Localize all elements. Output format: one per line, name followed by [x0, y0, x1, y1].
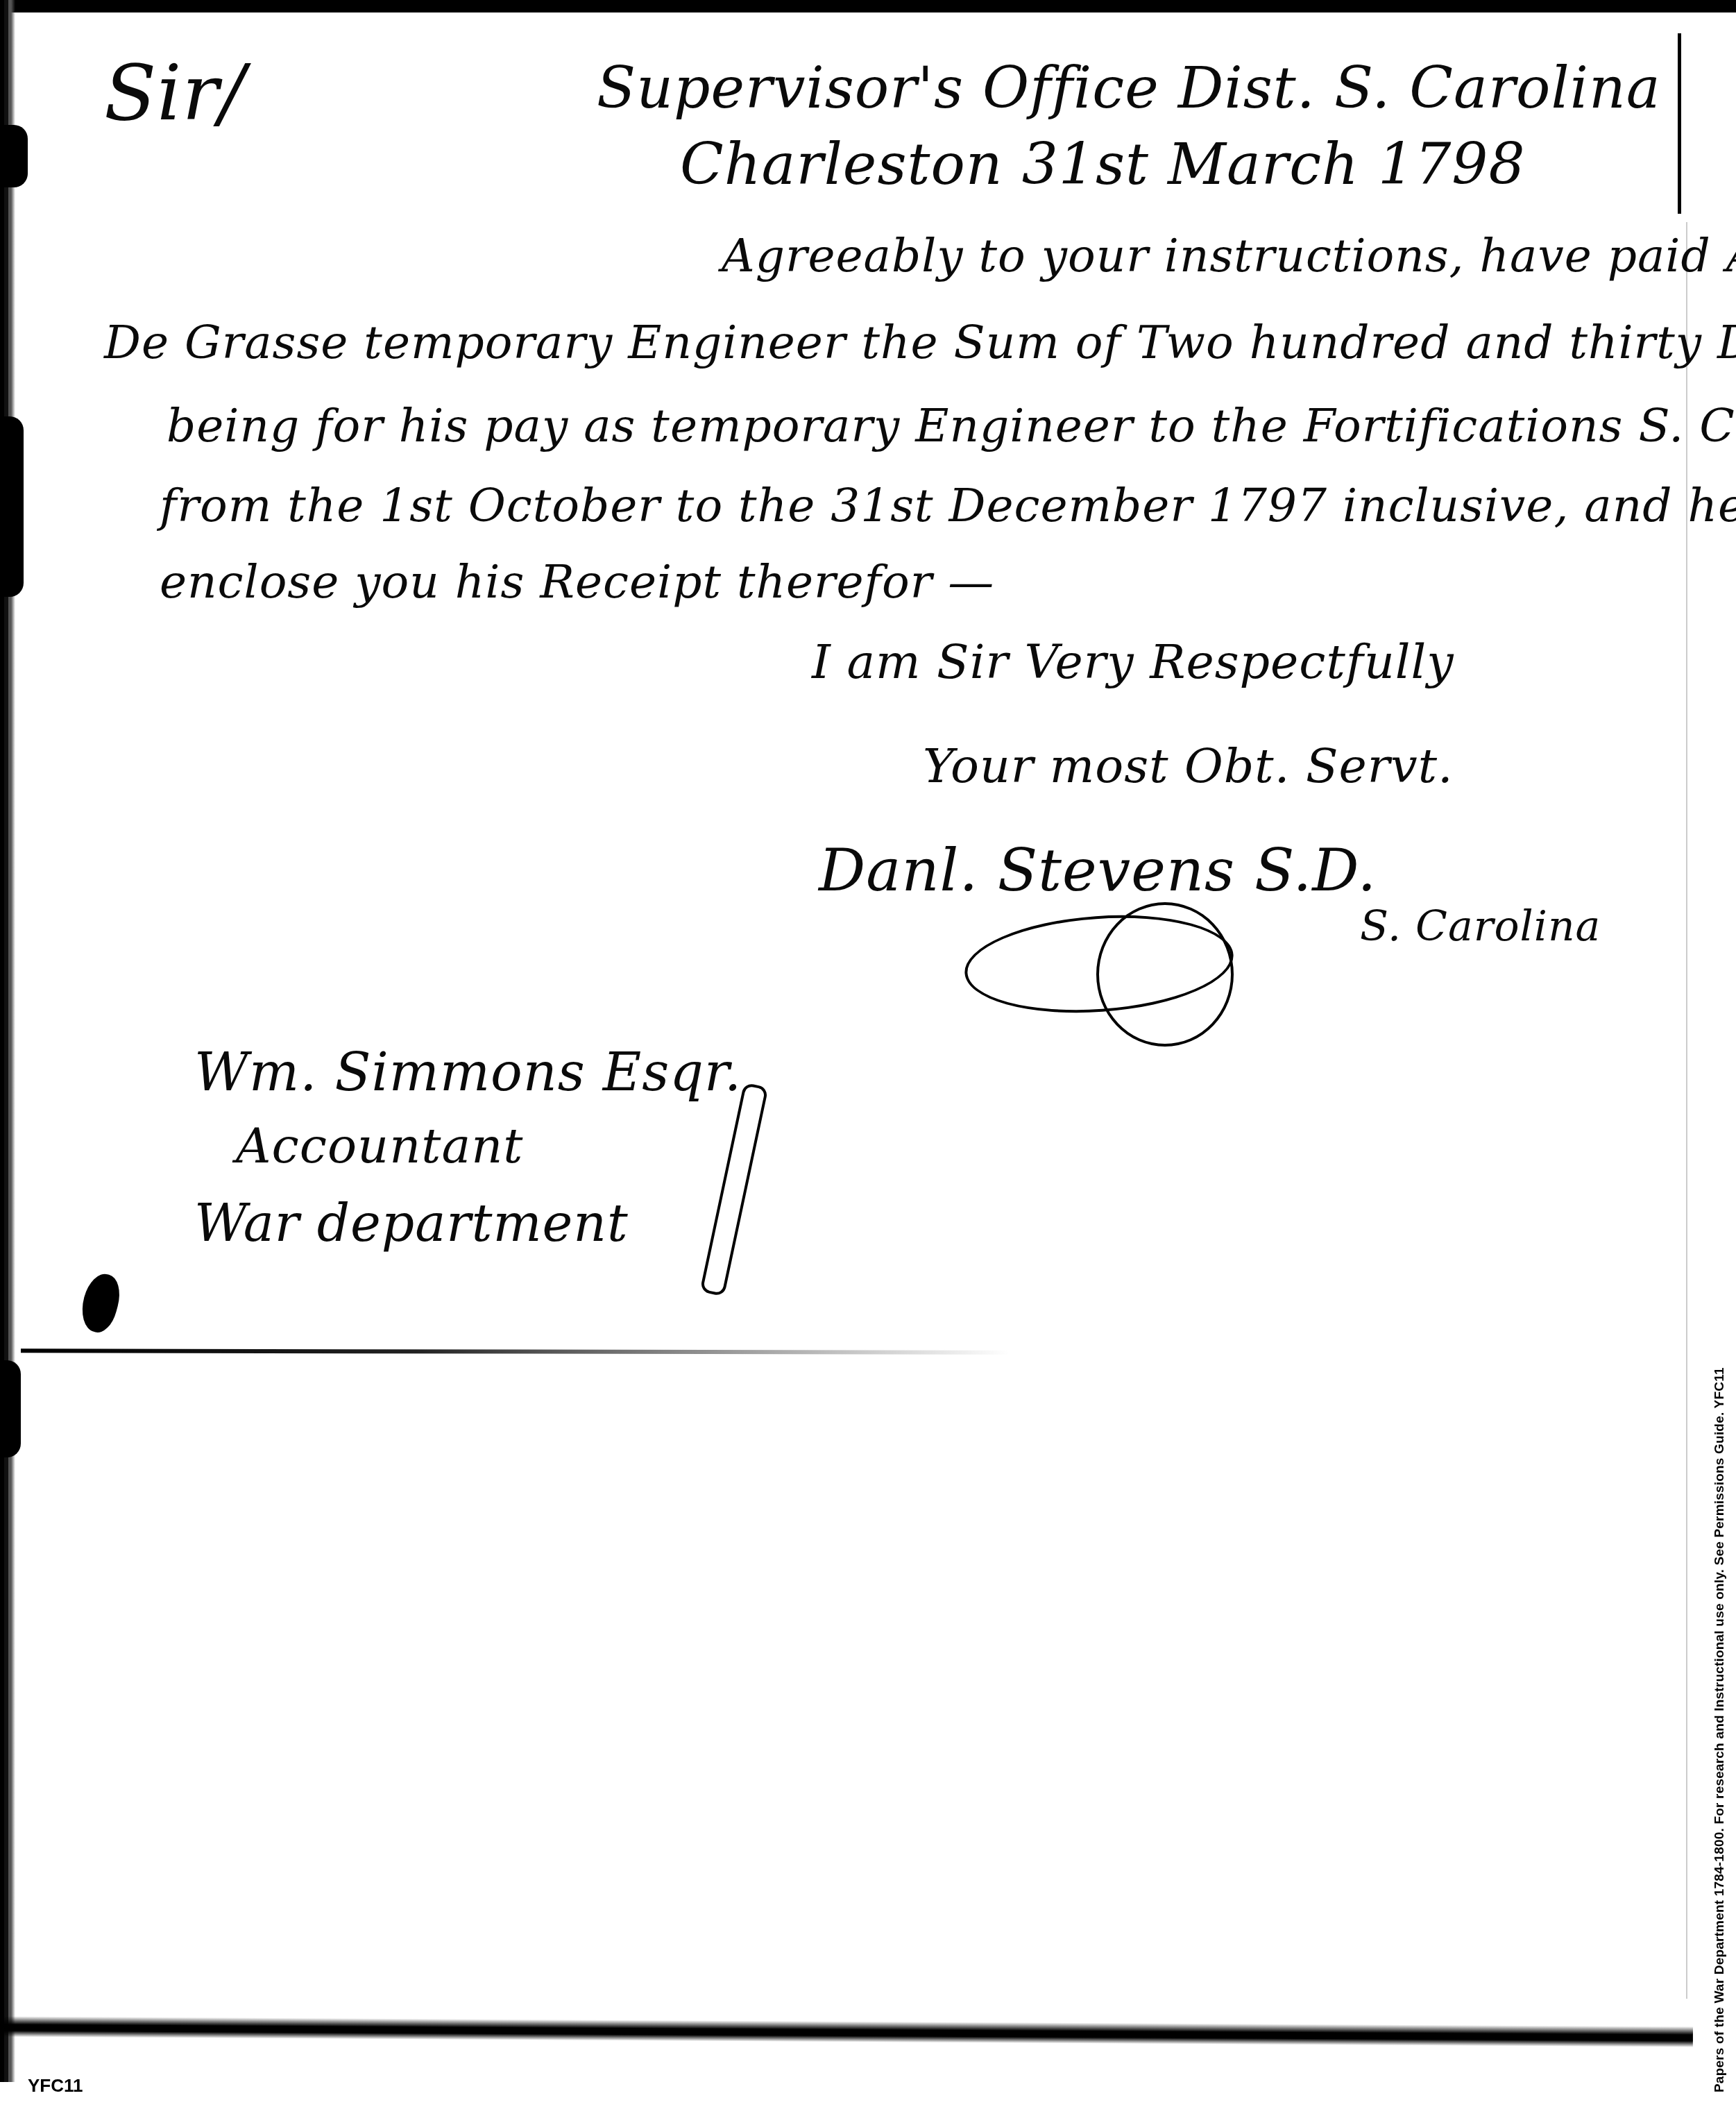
- ink-blot: [76, 1270, 125, 1336]
- body-line: Agreeably to your instructions, have pai…: [722, 229, 1736, 282]
- heading-office: Supervisor's Office Dist. S. Carolina: [597, 56, 1661, 121]
- rights-notice: Papers of the War Department 1784-1800. …: [1712, 1367, 1728, 2092]
- signature-flourish: [1096, 902, 1234, 1047]
- addressee-title: Accountant: [236, 1117, 523, 1174]
- address-flourish: [699, 1083, 768, 1297]
- scan-left-edge: [0, 0, 15, 2082]
- salutation: Sir/: [104, 49, 246, 137]
- scan-top-edge: [0, 0, 1736, 12]
- scanned-letter-page: Sir/ Supervisor's Office Dist. S. Caroli…: [0, 0, 1736, 2107]
- body-line: enclose you his Receipt therefor —: [160, 555, 994, 609]
- body-line: being for his pay as temporary Engineer …: [167, 399, 1736, 452]
- scan-right-edge: [1678, 33, 1681, 214]
- body-line: De Grasse temporary Engineer the Sum of …: [104, 316, 1736, 369]
- signature: Danl. Stevens S.D.: [819, 836, 1377, 904]
- closing-line: Your most Obt. Servt.: [923, 739, 1454, 794]
- scan-bottom-edge: [0, 2016, 1693, 2047]
- signature-region: S. Carolina: [1360, 902, 1601, 951]
- edge-shadow: [0, 416, 24, 597]
- closing-line: I am Sir Very Respectfully: [812, 635, 1454, 690]
- edge-shadow: [0, 1360, 21, 1457]
- paper-fold-line: [21, 1348, 1339, 1355]
- edge-shadow: [0, 125, 28, 187]
- body-line: from the 1st October to the 31st Decembe…: [160, 479, 1736, 532]
- heading-place-date: Charleston 31st March 1798: [680, 132, 1526, 198]
- addressee-name: Wm. Simmons Esqr.: [194, 1041, 742, 1103]
- document-id: YFC11: [28, 2075, 83, 2097]
- addressee-department: War department: [194, 1194, 629, 1253]
